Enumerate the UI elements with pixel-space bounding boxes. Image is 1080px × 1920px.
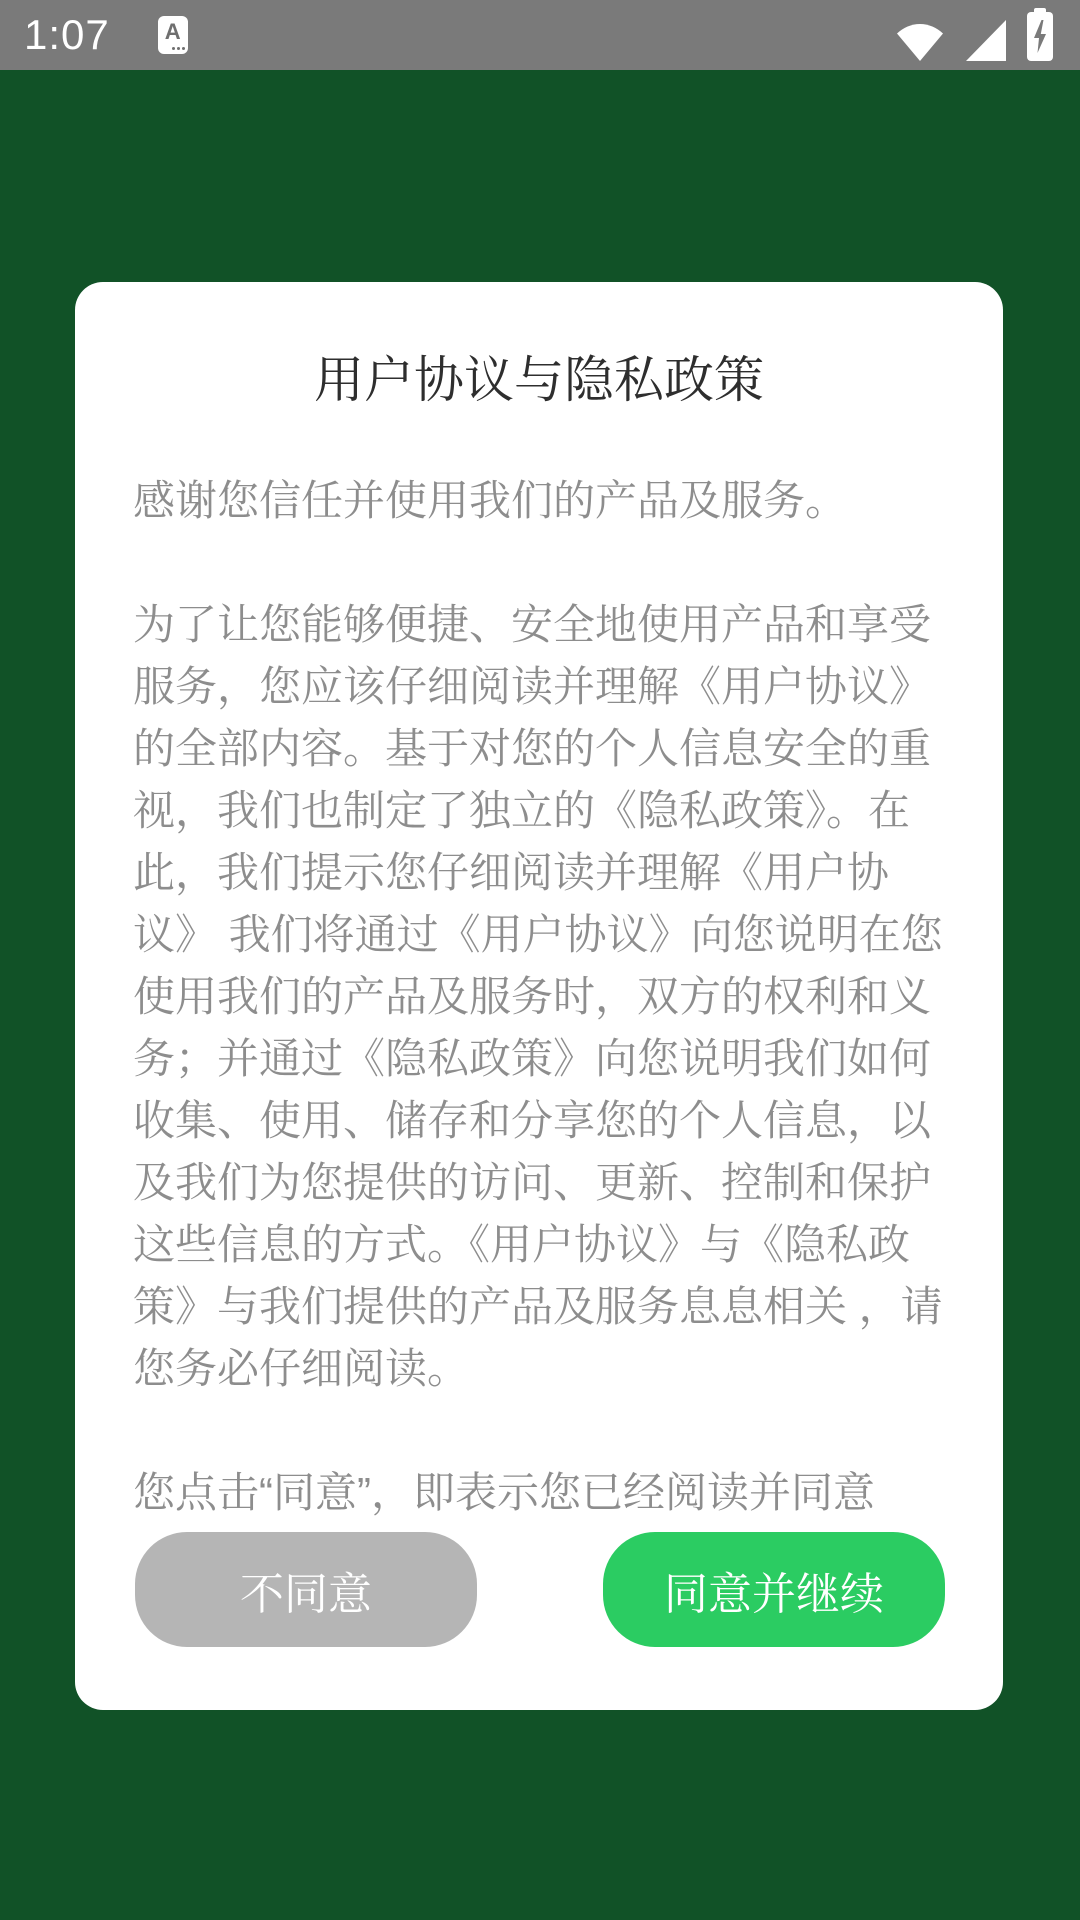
agree-continue-button[interactable]: 同意并继续 bbox=[603, 1532, 945, 1647]
wifi-icon bbox=[894, 18, 946, 62]
battery-charging-icon bbox=[1024, 8, 1056, 62]
dialog-title: 用户协议与隐私政策 bbox=[133, 350, 945, 410]
status-bar: 1:07 A bbox=[0, 0, 1080, 70]
privacy-dialog: 用户协议与隐私政策 感谢您信任并使用我们的产品及服务。 为了让您能够便捷、安全地… bbox=[75, 282, 1003, 1710]
paragraph-thanks: 感谢您信任并使用我们的产品及服务。 bbox=[133, 470, 945, 532]
paragraph-body: 为了让您能够便捷、安全地使用产品和享受服务，您应该仔细阅读并理解《用户协议》的全… bbox=[133, 594, 945, 1400]
input-method-icon-dots bbox=[172, 47, 185, 50]
disagree-button[interactable]: 不同意 bbox=[135, 1532, 477, 1647]
paragraph-confirm: 您点击“同意”，即表示您已经阅读并同意 bbox=[133, 1462, 945, 1524]
status-time: 1:07 bbox=[24, 0, 110, 70]
cellular-signal-icon bbox=[962, 18, 1008, 62]
status-bar-icons bbox=[894, 8, 1056, 62]
input-method-icon-letter: A bbox=[165, 19, 181, 45]
input-method-icon: A bbox=[158, 16, 188, 54]
dialog-button-row: 不同意 同意并继续 bbox=[135, 1532, 945, 1647]
